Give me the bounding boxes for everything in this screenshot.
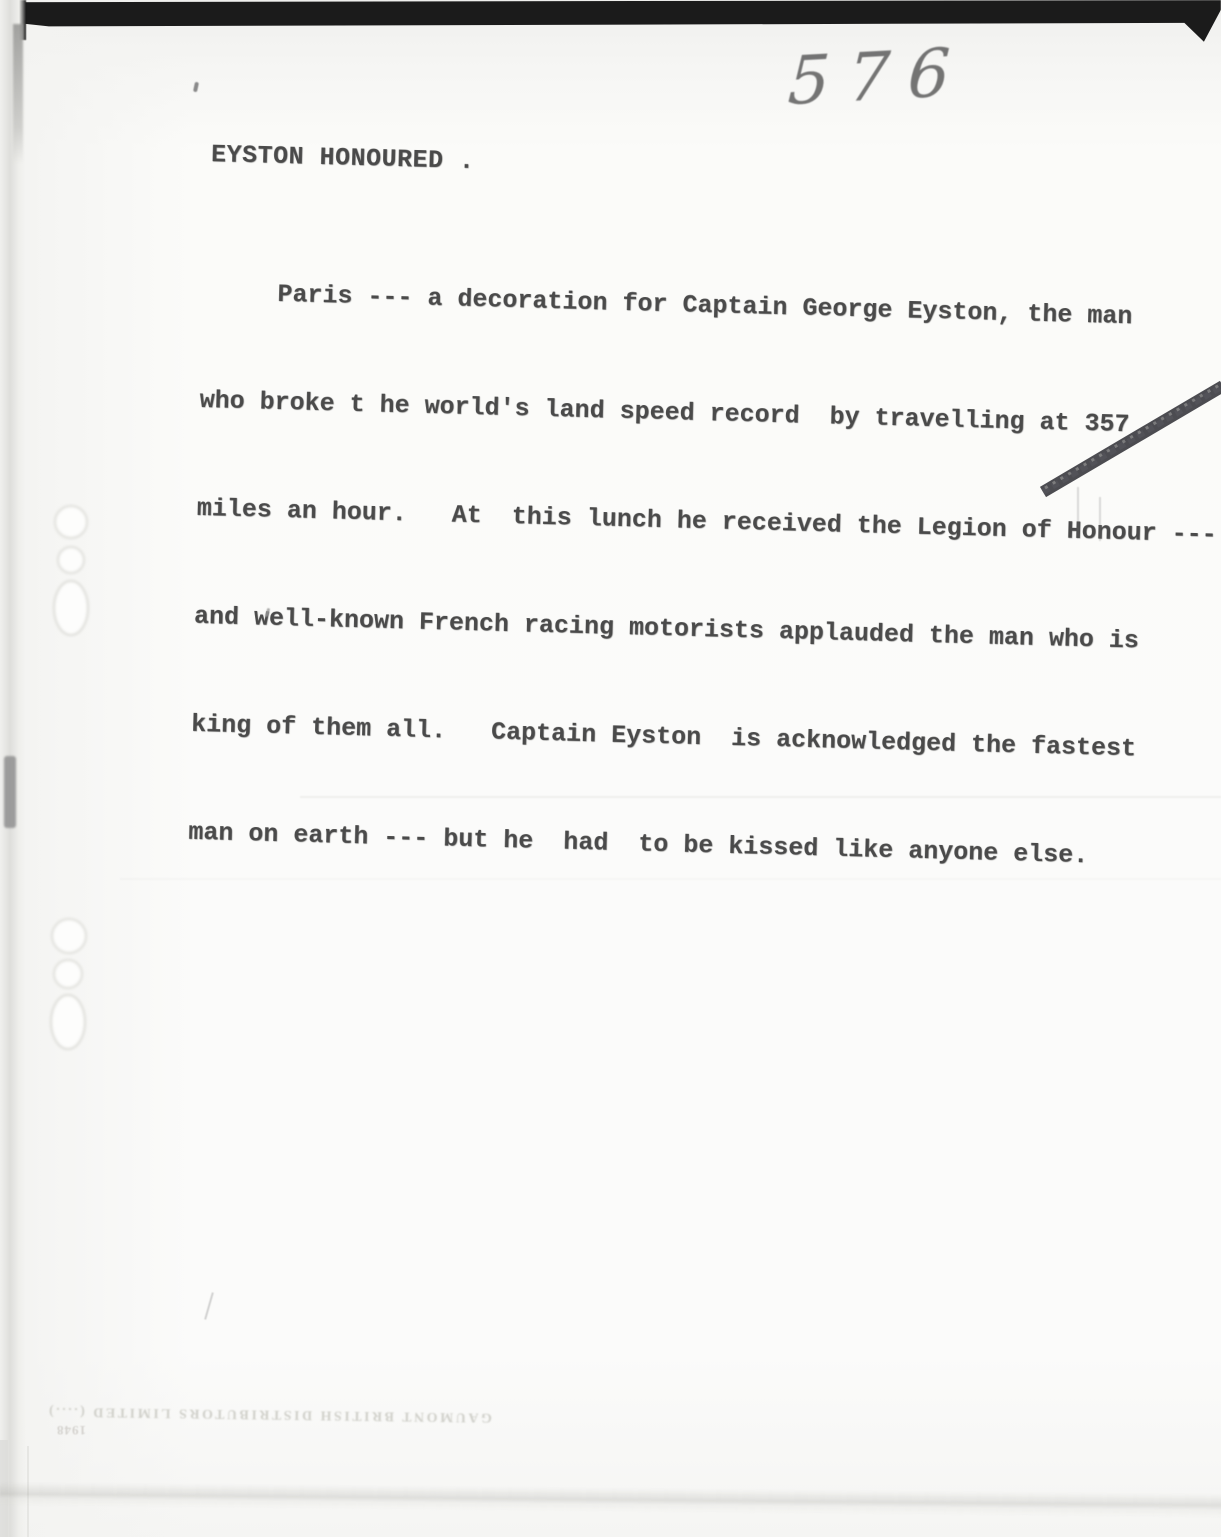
hole-punch-impression: [46, 914, 92, 1058]
stray-ink-mark: [193, 82, 199, 93]
stray-ink-mark: [204, 1292, 214, 1319]
pencil-tick-mark: [1099, 497, 1101, 541]
pen-stroke-mark: [1033, 378, 1221, 506]
bleed-through-corner-mark: 1948: [26, 1422, 86, 1438]
scan-left-edge-shadow: [13, 24, 23, 164]
bleed-through-stamp: GAUMONT BRITISH DISTRIBUTORS LIMITED (..…: [92, 1393, 492, 1425]
document-title: EYSTON HONOURED .: [211, 140, 1221, 197]
paper-fold-shadow: [0, 1482, 1221, 1518]
scan-top-edge: [0, 0, 1221, 44]
hole-punch-impression: [50, 498, 94, 644]
typed-line: king of them all. Captain Eyston is ackn…: [191, 700, 1221, 777]
typed-line: Paris --- a decoration for Captain Georg…: [202, 268, 1221, 345]
typed-line: man on earth --- but he had to be kissed…: [188, 808, 1221, 885]
scanned-document-page: 576 EYSTON HONOURED . Paris --- a decora…: [0, 0, 1221, 1537]
pencil-tick-mark: [1077, 487, 1079, 537]
typed-line: and well-known French racing motorists a…: [193, 592, 1221, 669]
scan-left-edge-mark: [4, 756, 16, 828]
document-body: EYSTON HONOURED . Paris --- a decoration…: [186, 82, 1221, 943]
